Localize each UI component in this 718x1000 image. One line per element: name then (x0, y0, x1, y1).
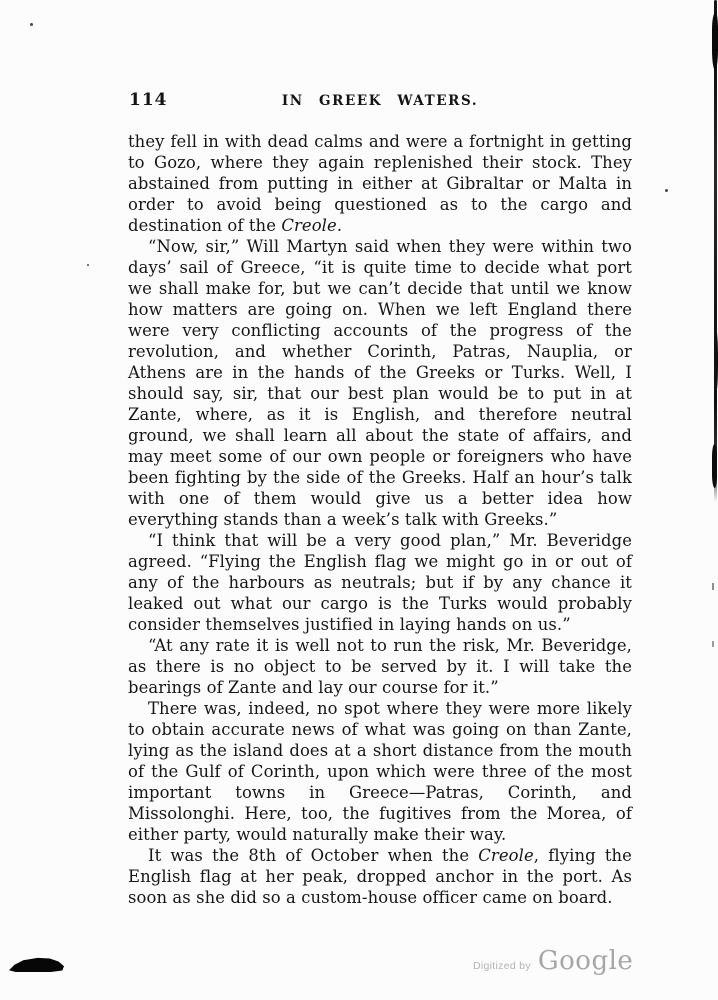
scan-edge-tick (712, 641, 714, 647)
text-block: they fell in with dead calms and were a … (128, 131, 632, 908)
page-number: 114 (129, 90, 168, 110)
scanned-book-page: 114 IN GREEK WATERS. they fell in with d… (0, 0, 718, 1000)
paragraph: “Now, sir,” Will Martyn said when they w… (128, 236, 632, 530)
text-run: It was the 8th of October when the (148, 846, 478, 865)
scan-edge-blob-lower (712, 444, 717, 488)
scan-edge-blob-top (712, 12, 718, 70)
italic-text-run: Creole. (281, 216, 342, 235)
scan-edge-tick (712, 583, 714, 590)
text-run: “I think that will be a very good plan,”… (128, 531, 632, 634)
ink-smudge (9, 957, 64, 972)
paragraph: It was the 8th of October when the Creol… (128, 845, 632, 908)
scan-edge-blob-middle (714, 330, 718, 392)
ink-speck (30, 23, 33, 26)
paragraph: “At any rate it is well not to run the r… (128, 635, 632, 698)
paragraph: There was, indeed, no spot where they we… (128, 698, 632, 845)
scan-edge-streak (714, 0, 717, 502)
digitization-watermark: Digitized by Google (473, 946, 633, 976)
text-run: “At any rate it is well not to run the r… (128, 636, 632, 697)
google-logo: Google (538, 946, 633, 976)
paragraph: “I think that will be a very good plan,”… (128, 530, 632, 635)
paragraph: they fell in with dead calms and were a … (128, 131, 632, 236)
text-run: they fell in with dead calms and were a … (128, 132, 632, 235)
running-header: IN GREEK WATERS. (128, 90, 632, 109)
text-run: There was, indeed, no spot where they we… (128, 699, 632, 844)
ink-speck (665, 189, 668, 192)
watermark-prefix: Digitized by (473, 960, 531, 972)
ink-speck (87, 264, 89, 266)
page-header: 114 IN GREEK WATERS. (128, 90, 632, 112)
text-run: “Now, sir,” Will Martyn said when they w… (128, 237, 632, 529)
italic-text-run: Creole (478, 846, 534, 865)
